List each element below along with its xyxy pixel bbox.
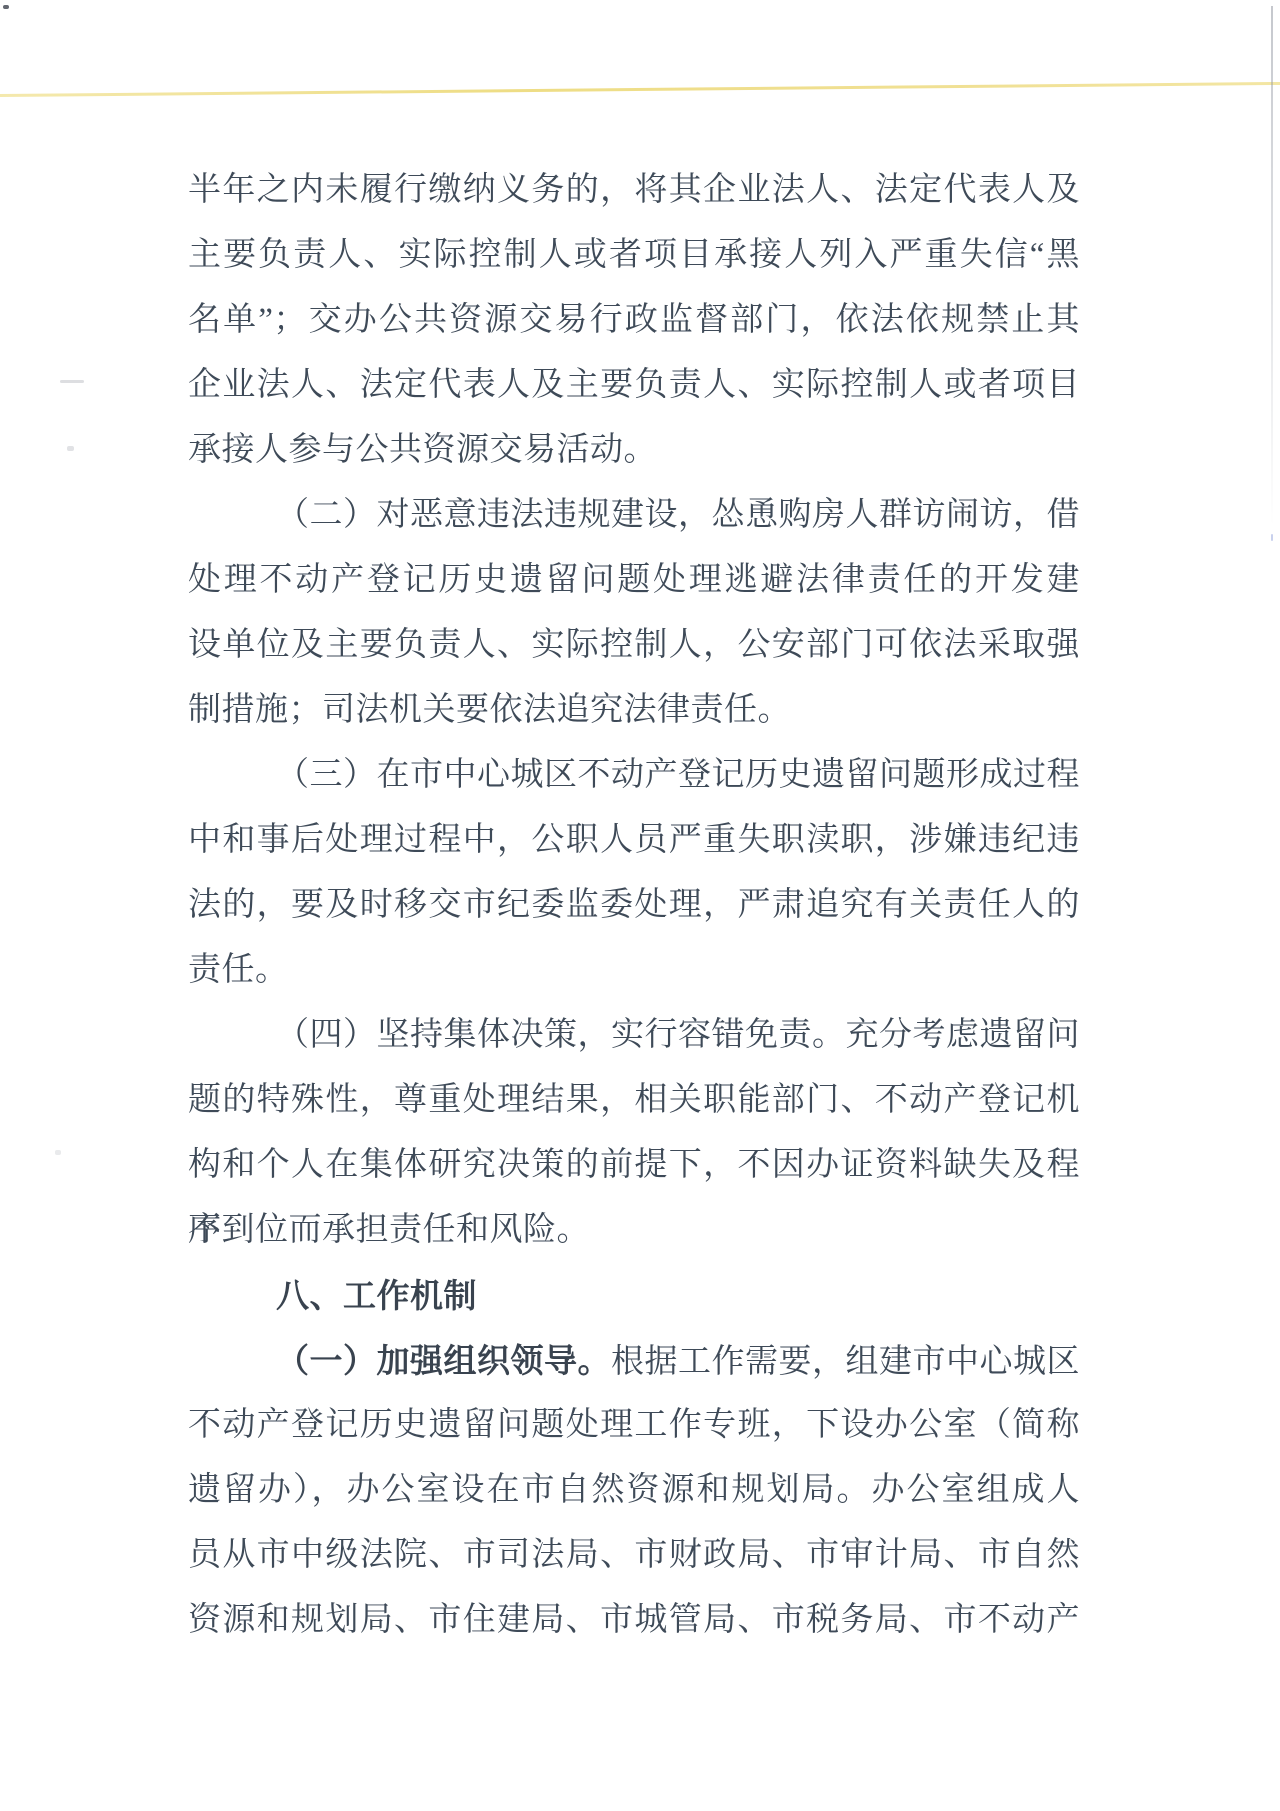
section-heading-text: 八、工作机制 [276,1277,477,1314]
text-line: 员从市中级法院、市司法局、市财政局、市审计局、市自然 [188,1523,1080,1588]
scan-artifact-dot [67,446,74,451]
text-line: 设单位及主要负责人、实际控制人，公安部门可依法采取强 [188,613,1080,678]
text-line: 承接人参与公共资源交易活动。 [188,418,1080,483]
text-line: 制措施；司法机关要依法追究法律责任。 [188,678,1080,743]
text-line: （二）对恶意违法违规建设，怂恿购房人群访闹访，借 [188,483,1080,548]
scanned-document-page: 半年之内未履行缴纳义务的，将其企业法人、法定代表人及主要负责人、实际控制人或者项… [0,0,1280,1811]
text-line: 题的特殊性，尊重处理结果，相关职能部门、不动产登记机 [188,1068,1080,1133]
text-line: 不动产登记历史遗留问题处理工作专班，下设办公室（简称 [188,1393,1080,1458]
text-line: 名单”；交办公共资源交易行政监督部门，依法依规禁止其 [188,288,1080,353]
text-line: 责任。 [188,938,1080,1003]
text-line: （一）加强组织领导。根据工作需要，组建市中心城区 [188,1328,1080,1393]
scan-artifact-speck [3,5,9,9]
text-line: （三）在市中心城区不动产登记历史遗留问题形成过程 [188,743,1080,808]
text-line: 中和事后处理过程中，公职人员严重失职渎职，涉嫌违纪违 [188,808,1080,873]
scan-artifact-blue-dot [1271,534,1273,541]
scan-right-edge-shadow [1271,6,1273,526]
scan-fold-accent-line [0,82,1280,97]
scan-artifact-dot [55,1150,61,1155]
text-line: 资源和规划局、市住建局、市城管局、市税务局、市不动产 [188,1588,1080,1653]
scan-artifact-smudge [60,380,84,383]
text-line: 企业法人、法定代表人及主要负责人、实际控制人或者项目 [188,353,1080,418]
heading-line: 八、工作机制 [188,1263,1080,1328]
text-line: 半年之内未履行缴纳义务的，将其企业法人、法定代表人及 [188,158,1080,223]
text-line: 不到位而承担责任和风险。 [188,1198,1080,1263]
text-line: 主要负责人、实际控制人或者项目承接人列入严重失信“黑 [188,223,1080,288]
text-line: （四）坚持集体决策，实行容错免责。充分考虑遗留问 [188,1003,1080,1068]
text-line: 法的，要及时移交市纪委监委处理，严肃追究有关责任人的 [188,873,1080,938]
document-text-block: 半年之内未履行缴纳义务的，将其企业法人、法定代表人及主要负责人、实际控制人或者项… [188,158,1080,1653]
bold-lead-text: （一）加强组织领导。 [276,1342,611,1379]
text-line: 遗留办），办公室设在市自然资源和规划局。办公室组成人 [188,1458,1080,1523]
text-line: 构和个人在集体研究决策的前提下，不因办证资料缺失及程序 [188,1133,1080,1198]
text-line: 处理不动产登记历史遗留问题处理逃避法律责任的开发建 [188,548,1080,613]
